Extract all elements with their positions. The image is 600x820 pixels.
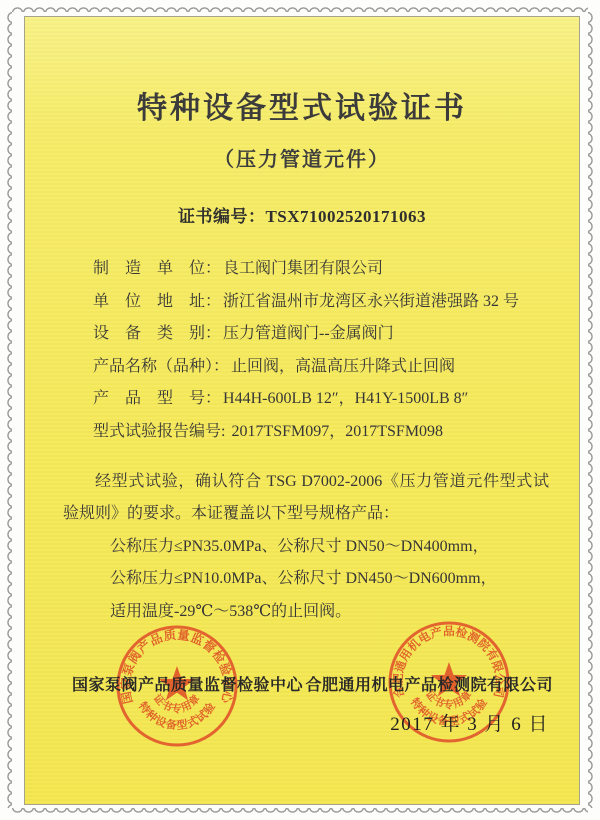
field-label: 产品名称（品种）：	[93, 358, 229, 375]
svg-text:证书专用章: 证书专用章	[151, 692, 203, 715]
perforated-border-top	[12, 4, 588, 12]
covered-specs: 公称压力≤PN35.0MPa、公称尺寸 DN50～DN400mm， 公称压力≤P…	[110, 531, 579, 629]
certificate-number-value: TSX71002520171063	[265, 207, 426, 226]
field-row-report-number: 型式试验报告编号: 2017TSFM097，2017TSFM098	[93, 416, 579, 449]
spec-line: 公称压力≤PN10.0MPa、公称尺寸 DN450～DN600mm，	[110, 563, 579, 596]
field-value: 止回阀，高温高压升降式止回阀	[229, 358, 455, 375]
field-label: 单 位 地 址：	[93, 293, 221, 310]
certificate-page: 特种设备型式试验证书 （压力管道元件） 证书编号：TSX710025201710…	[0, 0, 600, 820]
issuer-name-left: 国家泵阀产品质量监督检验中心	[72, 672, 303, 695]
field-label: 设 备 类 别：	[93, 325, 221, 342]
certificate-number-label: 证书编号：	[178, 207, 266, 226]
issue-date: 2017 年 3 月 6 日	[390, 709, 549, 736]
field-value: 浙江省温州市龙湾区永兴街道港强路 32 号	[221, 293, 519, 310]
issuer-row: 国家泵阀产品质量监督检验中心 合肥通用机电产品检测院有限公司	[72, 672, 553, 695]
field-value: 2017TSFM097，2017TSFM098	[229, 423, 443, 440]
seal-dedicated-chop-text: 证书专用章	[151, 692, 203, 715]
issuer-name-right: 合肥通用机电产品检测院有限公司	[305, 672, 553, 695]
perforated-border-left	[4, 12, 12, 808]
certificate-fields: 制 造 单 位：良工阀门集团有限公司 单 位 地 址：浙江省温州市龙湾区永兴街道…	[93, 253, 579, 449]
conformity-statement: 经型式试验，确认符合 TSG D7002-2006《压力管道元件型式试验规则》的…	[63, 466, 549, 531]
field-value: 压力管道阀门--金属阀门	[221, 325, 394, 342]
spec-line: 公称压力≤PN35.0MPa、公称尺寸 DN50～DN400mm，	[110, 531, 579, 564]
field-row-equipment-category: 设 备 类 别：压力管道阀门--金属阀门	[93, 318, 579, 351]
certificate-number-line: 证书编号：TSX71002520171063	[25, 202, 579, 227]
field-label: 型式试验报告编号:	[93, 423, 229, 440]
field-row-address: 单 位 地 址：浙江省温州市龙湾区永兴街道港强路 32 号	[93, 286, 579, 319]
field-value: 良工阀门集团有限公司	[221, 260, 383, 277]
certificate-title: 特种设备型式试验证书	[25, 83, 579, 127]
certificate-subtitle: （压力管道元件）	[25, 143, 579, 172]
field-row-product-name: 产品名称（品种）：止回阀，高温高压升降式止回阀	[93, 351, 579, 384]
field-label: 制 造 单 位：	[93, 260, 221, 277]
field-row-product-model: 产 品 型 号：H44H-600LB 12″，H41Y-1500LB 8″	[93, 383, 579, 416]
perforated-border-right	[588, 12, 596, 808]
field-value: H44H-600LB 12″，H41Y-1500LB 8″	[221, 390, 468, 407]
perforated-border-bottom	[12, 808, 588, 816]
certificate-sheet: 特种设备型式试验证书 （压力管道元件） 证书编号：TSX710025201710…	[24, 16, 580, 805]
field-label: 产 品 型 号：	[93, 390, 221, 407]
field-row-manufacturer: 制 造 单 位：良工阀门集团有限公司	[93, 253, 579, 286]
